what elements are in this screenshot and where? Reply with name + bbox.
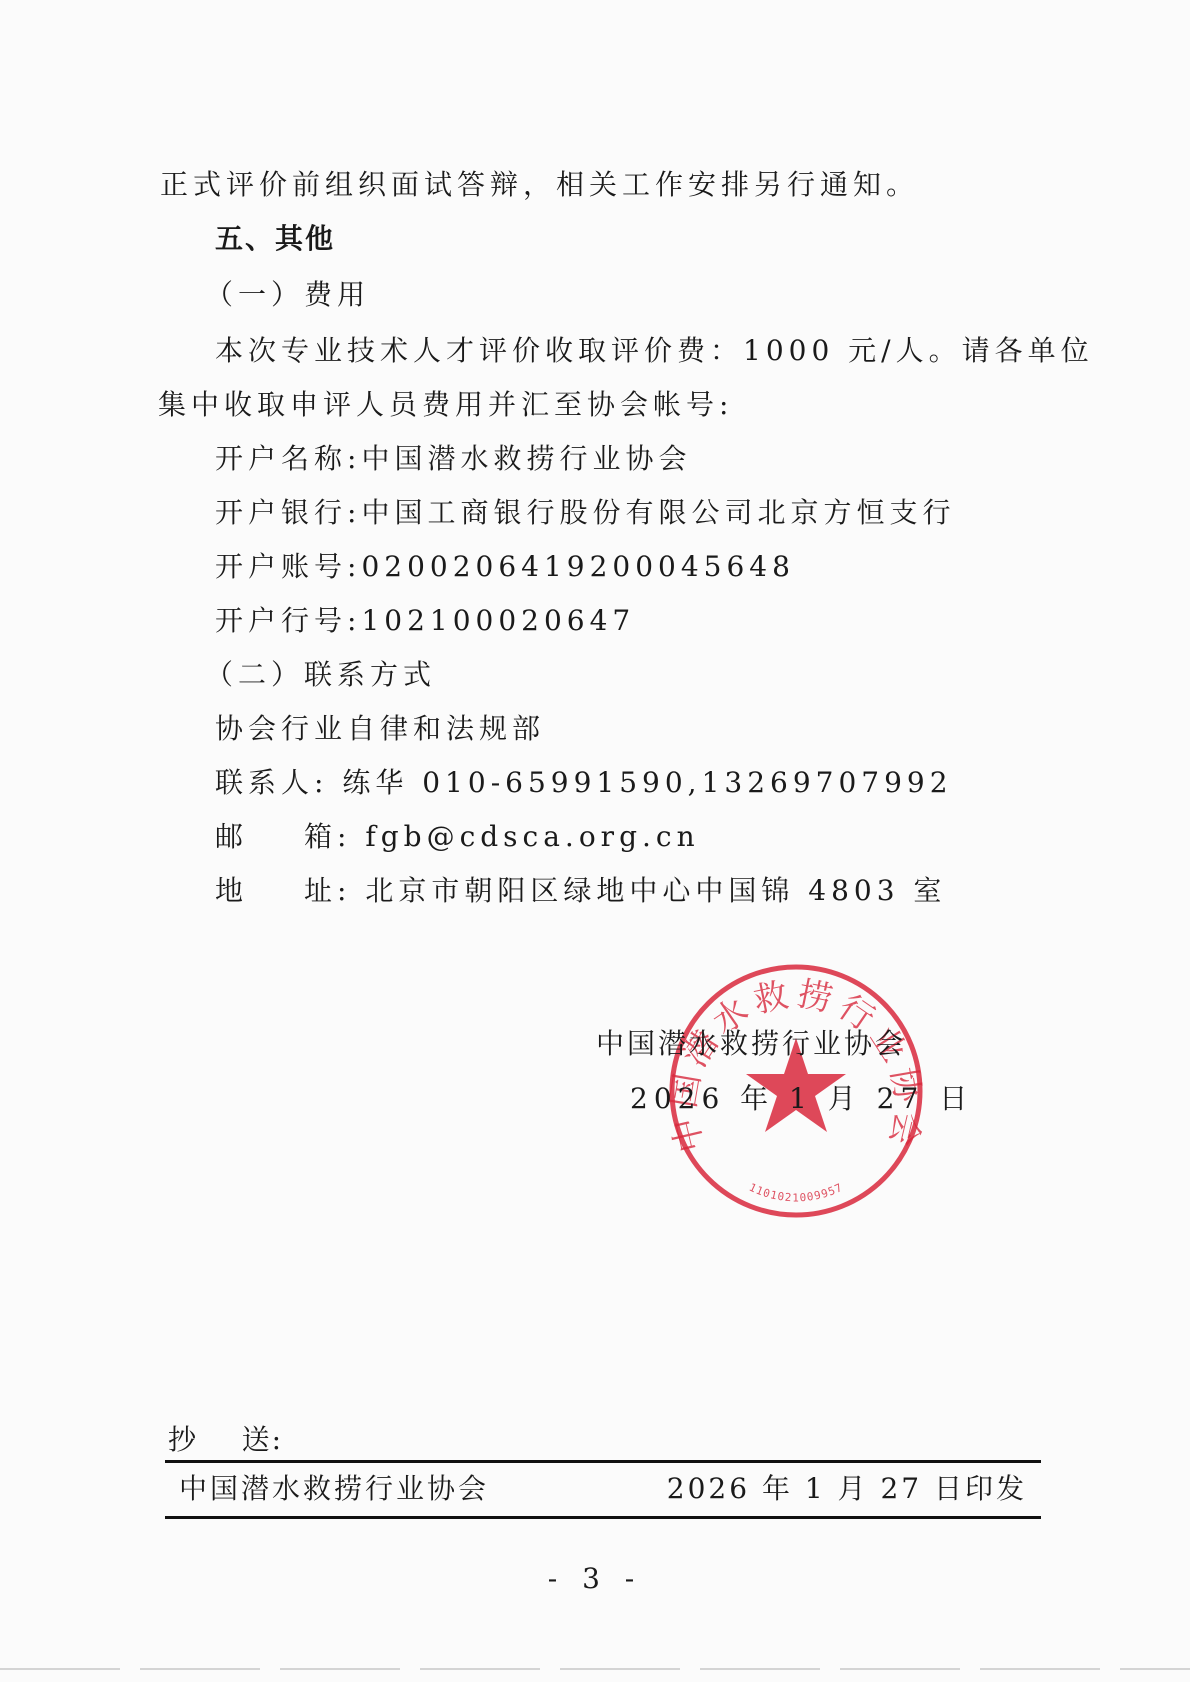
- paragraph-interview: 正式评价前组织面试答辩，相关工作安排另行通知。: [160, 168, 919, 202]
- contact-person-row: 联系人: 练华 010-65991590,13269707992: [215, 766, 953, 800]
- address-label-char-1: 地: [215, 874, 248, 907]
- footer-issuer: 中国潜水救捞行业协会: [179, 1472, 489, 1506]
- subsection-title-fees: （一）费用: [205, 278, 370, 312]
- subsection-title-contact: （二）联系方式: [205, 658, 436, 692]
- signature-organization: 中国潜水救捞行业协会: [596, 1027, 906, 1061]
- contact-address-row: 地址: 北京市朝阳区绿地中心中国锦 4803 室: [215, 874, 946, 908]
- contact-address-value: 北京市朝阳区绿地中心中国锦 4803 室: [365, 874, 946, 907]
- bank-code-label: 开户行号:: [215, 604, 361, 637]
- bank-label: 开户银行:: [215, 496, 361, 529]
- bank-name-row: 开户银行:中国工商银行股份有限公司北京方恒支行: [215, 496, 955, 530]
- email-label-char-2: 箱:: [304, 820, 351, 853]
- bank-code-value: 102100020647: [361, 604, 635, 637]
- bank-account-name-row: 开户名称:中国潜水救捞行业协会: [215, 442, 691, 476]
- paragraph-fee-line-2: 集中收取申评人员费用并汇至协会帐号:: [158, 388, 733, 422]
- footer-issue-date: 2026 年 1 月 27 日印发: [667, 1472, 1027, 1506]
- scan-edge-divider: [0, 1668, 1190, 1670]
- signature-date: 2026 年 1 月 27 日: [630, 1082, 973, 1116]
- contact-email-value[interactable]: fgb@cdsca.org.cn: [365, 820, 699, 853]
- contact-person-label: 联系人:: [215, 766, 328, 799]
- contact-email-row: 邮箱: fgb@cdsca.org.cn: [215, 820, 700, 854]
- svg-text:1101021009957: 1101021009957: [747, 1181, 845, 1205]
- contact-department: 协会行业自律和法规部: [215, 712, 545, 746]
- footer-issue-row: 中国潜水救捞行业协会 2026 年 1 月 27 日印发: [165, 1472, 1041, 1506]
- cc-label: 抄 送:: [168, 1423, 283, 1457]
- account-number-label: 开户账号:: [215, 550, 361, 583]
- account-name-label: 开户名称:: [215, 442, 361, 475]
- footer-bottom-rule: [165, 1516, 1041, 1519]
- contact-person-value: 练华 010-65991590,13269707992: [342, 766, 952, 799]
- email-label-char-1: 邮: [215, 820, 248, 853]
- account-name-value: 中国潜水救捞行业协会: [361, 442, 691, 475]
- page-number: - 3 -: [0, 1562, 1190, 1595]
- address-label-char-2: 址:: [304, 874, 351, 907]
- bank-value: 中国工商银行股份有限公司北京方恒支行: [361, 496, 955, 529]
- bank-code-row: 开户行号:102100020647: [215, 604, 635, 638]
- account-number-value: 0200206419200045648: [361, 550, 794, 583]
- footer-top-rule: [165, 1460, 1041, 1463]
- bank-account-number-row: 开户账号:0200206419200045648: [215, 550, 795, 584]
- paragraph-fee-line-1: 本次专业技术人才评价收取评价费：1000 元/人。请各单位: [215, 334, 1094, 368]
- section-title-other: 五、其他: [215, 222, 335, 256]
